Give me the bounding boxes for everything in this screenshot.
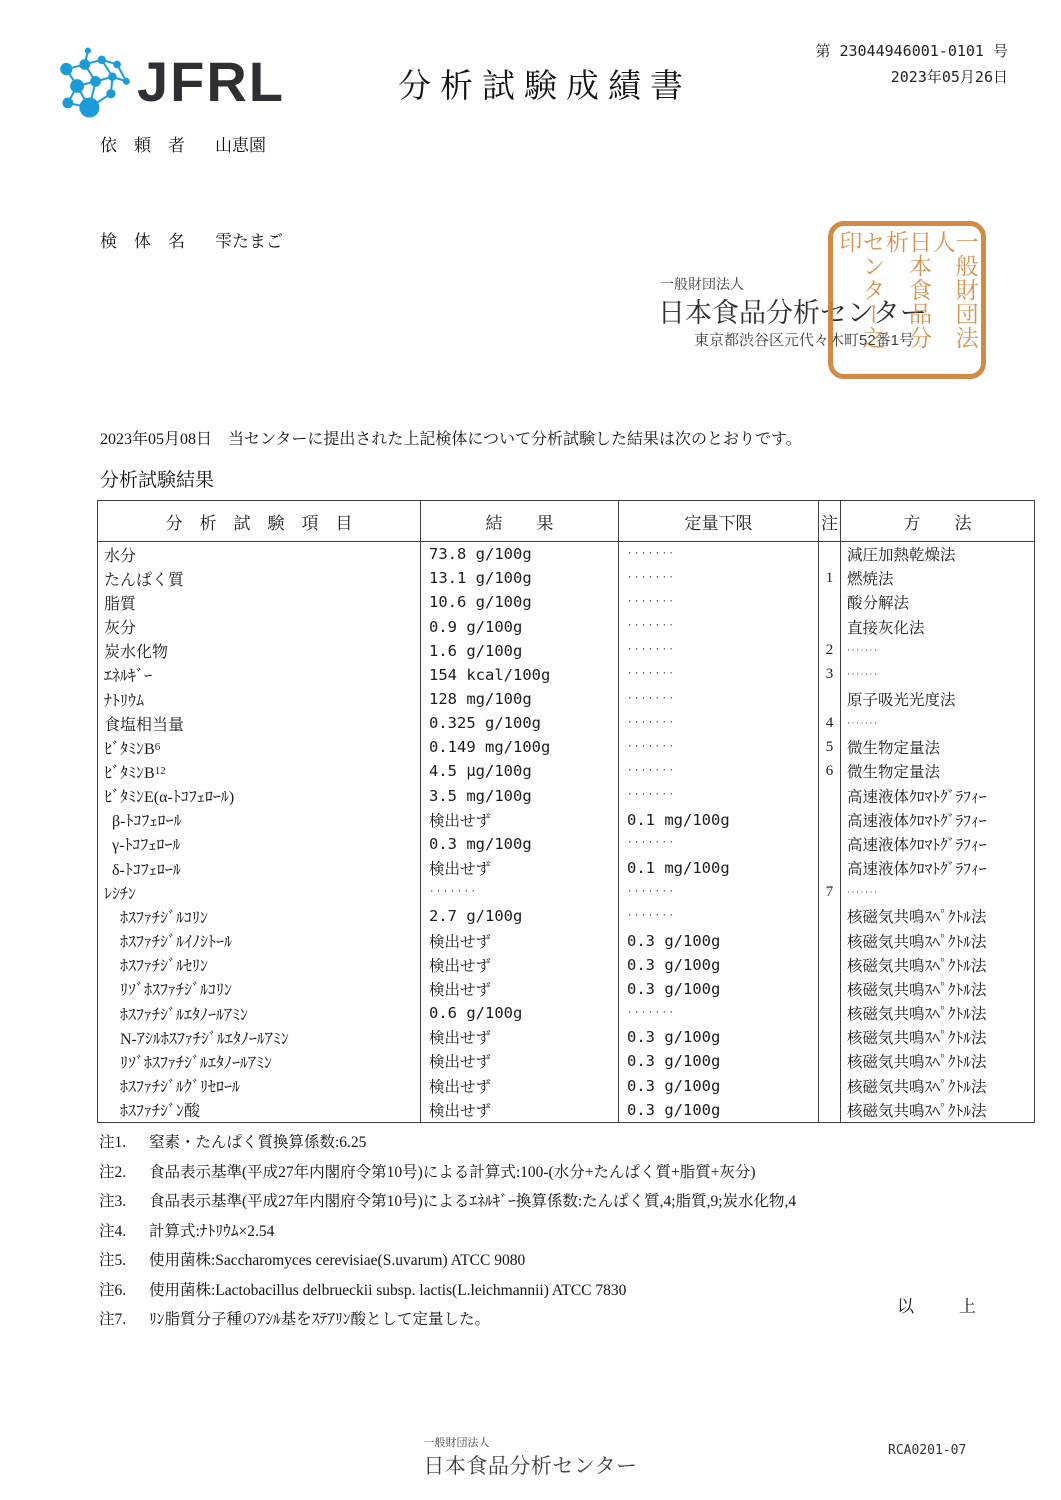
- item-note-ref: [818, 687, 840, 711]
- intro-text: 2023年05月08日 当センターに提出された上記検体について分析試験した結果は…: [100, 426, 802, 449]
- item-name: ﾎｽﾌｧﾁｼﾞﾙｲﾉｼﾄｰﾙ: [98, 929, 420, 953]
- note-text: 窒素・たんぱく質換算係数:6.25: [149, 1130, 366, 1152]
- col-header-result: 結 果: [420, 501, 618, 541]
- item-result: 3.5 mg/100g: [420, 784, 618, 808]
- document-meta: 第 23044946001-0101 号 2023年05月26日: [815, 38, 1008, 90]
- item-method: 原子吸光光度法: [840, 687, 1034, 711]
- table-row: ﾋﾞﾀﾐﾝE(α-ﾄｺﾌｪﾛｰﾙ)3.5 mg/100g·······高速液体ｸ…: [98, 784, 1034, 808]
- note-text: ﾘﾝ脂質分子種のｱｼﾙ基をｽﾃｱﾘﾝ酸として定量した。: [149, 1307, 490, 1329]
- item-method: 直接灰化法: [840, 614, 1034, 638]
- table-row: ﾅﾄﾘｳﾑ128 mg/100g·······原子吸光光度法: [98, 687, 1034, 711]
- item-note-ref: 7: [818, 880, 840, 904]
- item-note-ref: 4: [818, 711, 840, 735]
- item-limit: 0.3 g/100g: [618, 929, 818, 953]
- page-code: RCA0201-07: [888, 1443, 966, 1458]
- table-row: ﾎｽﾌｧﾁｼﾞﾙｴﾀﾉｰﾙｱﾐﾝ0.6 g/100g·······核磁気共鳴ｽﾍ…: [98, 1001, 1034, 1025]
- item-name: ﾎｽﾌｧﾁｼﾞﾙｸﾞﾘｾﾛｰﾙ: [98, 1073, 420, 1097]
- jfrl-molecule-icon: [55, 46, 133, 131]
- item-result: 検出せず: [420, 977, 618, 1001]
- item-limit: 0.3 g/100g: [618, 977, 818, 1001]
- table-row: ﾋﾞﾀﾐﾝB60.149 mg/100g·······5微生物定量法: [98, 735, 1034, 759]
- item-limit: 0.3 g/100g: [618, 953, 818, 977]
- item-method: ·······: [840, 663, 1034, 687]
- table-row: ﾎｽﾌｧﾁｼﾞﾙｾﾘﾝ検出せず0.3 g/100g核磁気共鳴ｽﾍﾟｸﾄﾙ法: [98, 953, 1034, 977]
- item-note-ref: [818, 1049, 840, 1073]
- item-method: 核磁気共鳴ｽﾍﾟｸﾄﾙ法: [840, 953, 1034, 977]
- note-line: 注2.食品表示基準(平成27年内閣府令第10号)による計算式:100-(水分+た…: [99, 1160, 796, 1190]
- item-limit: ·······: [618, 880, 818, 904]
- item-name: ﾘｿﾞﾎｽﾌｧﾁｼﾞﾙｴﾀﾉｰﾙｱﾐﾝ: [98, 1049, 420, 1073]
- item-name: 脂質: [98, 590, 420, 614]
- dots-placeholder: ·······: [627, 719, 675, 728]
- item-note-ref: [818, 904, 840, 928]
- note-line: 注1.窒素・たんぱく質換算係数:6.25: [99, 1130, 796, 1160]
- item-limit: 0.3 g/100g: [618, 1025, 818, 1049]
- item-result: 73.8 g/100g: [420, 542, 618, 566]
- item-limit: ·······: [618, 566, 818, 590]
- item-note-ref: 1: [818, 566, 840, 590]
- item-limit: 0.3 g/100g: [618, 1098, 818, 1122]
- note-text: 計算式:ﾅﾄﾘｳﾑ×2.54: [149, 1219, 274, 1241]
- note-text: 食品表示基準(平成27年内閣府令第10号)による計算式:100-(水分+たんぱく…: [149, 1160, 756, 1182]
- item-method: 高速液体ｸﾛﾏﾄｸﾞﾗﾌｨｰ: [840, 832, 1034, 856]
- item-result: 154 kcal/100g: [420, 663, 618, 687]
- table-row: 炭水化物1.6 g/100g·······2·······: [98, 639, 1034, 663]
- closing-mark: 以 上: [897, 1292, 990, 1317]
- item-result: 0.9 g/100g: [420, 614, 618, 638]
- col-header-limit: 定量下限: [618, 501, 818, 541]
- item-note-ref: 3: [818, 663, 840, 687]
- dots-placeholder: ·······: [627, 646, 675, 655]
- table-row: ﾘｿﾞﾎｽﾌｧﾁｼﾞﾙｺﾘﾝ検出せず0.3 g/100g核磁気共鳴ｽﾍﾟｸﾄﾙ法: [98, 977, 1034, 1001]
- table-row: ﾎｽﾌｧﾁｼﾞﾙｺﾘﾝ2.7 g/100g·······核磁気共鳴ｽﾍﾟｸﾄﾙ法: [98, 904, 1034, 928]
- item-note-ref: [818, 808, 840, 832]
- item-limit: 0.1 mg/100g: [618, 808, 818, 832]
- item-limit: 0.3 g/100g: [618, 1073, 818, 1097]
- item-name: ﾎｽﾌｧﾁｼﾞﾙｴﾀﾉｰﾙｱﾐﾝ: [98, 1001, 420, 1025]
- item-name: ﾎｽﾌｧﾁｼﾞﾙｾﾘﾝ: [98, 953, 420, 977]
- item-method: ·······: [840, 711, 1034, 735]
- item-note-ref: [818, 977, 840, 1001]
- item-limit: ·······: [618, 784, 818, 808]
- table-row: ﾋﾞﾀﾐﾝB124.5 μg/100g·······6微生物定量法: [98, 759, 1034, 783]
- item-name: ﾎｽﾌｧﾁｼﾞﾙｺﾘﾝ: [98, 904, 420, 928]
- item-name: δ-ﾄｺﾌｪﾛｰﾙ: [98, 856, 420, 880]
- client-line: 依 頼 者山恵園: [100, 131, 266, 156]
- item-name: β-ﾄｺﾌｪﾛｰﾙ: [98, 808, 420, 832]
- item-note-ref: [818, 1025, 840, 1049]
- table-row: ｴﾈﾙｷﾞｰ154 kcal/100g·······3·······: [98, 663, 1034, 687]
- item-result: 検出せず: [420, 856, 618, 880]
- item-limit: ·······: [618, 542, 818, 566]
- item-method: 核磁気共鳴ｽﾍﾟｸﾄﾙ法: [840, 1098, 1034, 1122]
- page-title: 分析試験成績書: [398, 60, 692, 107]
- results-table-header: 分 析 試 験 項 目 結 果 定量下限 注 方 法: [98, 501, 1034, 542]
- sample-line: 検 体 名雫たまご: [100, 227, 283, 252]
- item-method: 核磁気共鳴ｽﾍﾟｸﾄﾙ法: [840, 929, 1034, 953]
- table-row: 脂質10.6 g/100g·······酸分解法: [98, 590, 1034, 614]
- table-row: 灰分0.9 g/100g·······直接灰化法: [98, 614, 1034, 638]
- dots-placeholder: ·······: [627, 598, 675, 607]
- col-header-item: 分 析 試 験 項 目: [98, 501, 420, 541]
- table-row: N-ｱｼﾙﾎｽﾌｧﾁｼﾞﾙｴﾀﾉｰﾙｱﾐﾝ検出せず0.3 g/100g核磁気共鳴…: [98, 1025, 1034, 1049]
- dots-placeholder: ·······: [627, 622, 675, 631]
- item-result: 検出せず: [420, 953, 618, 977]
- dots-placeholder: ·······: [429, 888, 477, 897]
- item-method: 核磁気共鳴ｽﾍﾟｸﾄﾙ法: [840, 1049, 1034, 1073]
- item-name: 炭水化物: [98, 639, 420, 663]
- item-name: N-ｱｼﾙﾎｽﾌｧﾁｼﾞﾙｴﾀﾉｰﾙｱﾐﾝ: [98, 1025, 420, 1049]
- section-title: 分析試験結果: [100, 465, 214, 492]
- dots-placeholder: ·······: [847, 719, 878, 728]
- item-method: 高速液体ｸﾛﾏﾄｸﾞﾗﾌｨｰ: [840, 808, 1034, 832]
- item-limit: ·······: [618, 614, 818, 638]
- item-limit: ·······: [618, 832, 818, 856]
- item-note-ref: [818, 1073, 840, 1097]
- item-name: γ-ﾄｺﾌｪﾛｰﾙ: [98, 832, 420, 856]
- table-row: ﾚｼﾁﾝ··············7·······: [98, 880, 1034, 904]
- item-result: 検出せず: [420, 808, 618, 832]
- item-name: たんぱく質: [98, 566, 420, 590]
- item-limit: ·······: [618, 904, 818, 928]
- item-result: 検出せず: [420, 1049, 618, 1073]
- jfrl-logo-text: JFRL: [137, 54, 285, 110]
- note-text: 食品表示基準(平成27年内閣府令第10号)によるｴﾈﾙｷﾞｰ換算係数:たんぱく質…: [149, 1189, 796, 1211]
- item-limit: ·······: [618, 759, 818, 783]
- note-line: 注4.計算式:ﾅﾄﾘｳﾑ×2.54: [99, 1219, 796, 1249]
- item-name: 灰分: [98, 614, 420, 638]
- item-result: 2.7 g/100g: [420, 904, 618, 928]
- table-row: β-ﾄｺﾌｪﾛｰﾙ検出せず0.1 mg/100g高速液体ｸﾛﾏﾄｸﾞﾗﾌｨｰ: [98, 808, 1034, 832]
- table-row: ﾎｽﾌｧﾁｼﾞﾙｲﾉｼﾄｰﾙ検出せず0.3 g/100g核磁気共鳴ｽﾍﾟｸﾄﾙ法: [98, 929, 1034, 953]
- table-row: δ-ﾄｺﾌｪﾛｰﾙ検出せず0.1 mg/100g高速液体ｸﾛﾏﾄｸﾞﾗﾌｨｰ: [98, 856, 1034, 880]
- dots-placeholder: ·······: [627, 791, 675, 800]
- item-limit: ·······: [618, 687, 818, 711]
- dots-placeholder: ·······: [627, 912, 675, 921]
- seal-text: 一般財団法人 日本食品分析 センター之印: [837, 230, 977, 370]
- note-line: 注3.食品表示基準(平成27年内閣府令第10号)によるｴﾈﾙｷﾞｰ換算係数:たん…: [99, 1189, 796, 1219]
- item-method: 減圧加熱乾燥法: [840, 542, 1034, 566]
- item-result: 検出せず: [420, 1073, 618, 1097]
- dots-placeholder: ·······: [627, 695, 675, 704]
- item-method: 核磁気共鳴ｽﾍﾟｸﾄﾙ法: [840, 1073, 1034, 1097]
- note-label: 注7.: [99, 1307, 149, 1329]
- item-limit: ·······: [618, 590, 818, 614]
- note-label: 注1.: [99, 1130, 149, 1152]
- issue-date: 2023年05月26日: [815, 64, 1008, 90]
- client-name: 山恵園: [215, 136, 266, 155]
- item-method: 核磁気共鳴ｽﾍﾟｸﾄﾙ法: [840, 1001, 1034, 1025]
- item-limit: ·······: [618, 711, 818, 735]
- item-note-ref: 2: [818, 639, 840, 663]
- item-result: 4.5 μg/100g: [420, 759, 618, 783]
- item-method: 核磁気共鳴ｽﾍﾟｸﾄﾙ法: [840, 977, 1034, 1001]
- item-note-ref: [818, 1098, 840, 1122]
- document-number: 第 23044946001-0101 号: [815, 38, 1008, 64]
- item-name: 水分: [98, 542, 420, 566]
- col-header-note: 注: [818, 501, 840, 541]
- dots-placeholder: ·······: [627, 670, 675, 679]
- dots-placeholder: ·······: [847, 888, 878, 897]
- item-method: ·······: [840, 639, 1034, 663]
- item-method: 微生物定量法: [840, 735, 1034, 759]
- dots-placeholder: ·······: [627, 1009, 675, 1018]
- note-text: 使用菌株:Lactobacillus delbrueckii subsp. la…: [149, 1278, 626, 1300]
- item-method: 微生物定量法: [840, 759, 1034, 783]
- note-label: 注6.: [99, 1278, 149, 1300]
- table-row: 食塩相当量0.325 g/100g·······4·······: [98, 711, 1034, 735]
- item-note-ref: [818, 953, 840, 977]
- note-label: 注3.: [99, 1189, 149, 1211]
- dots-placeholder: ·······: [627, 888, 675, 897]
- item-limit: ·······: [618, 663, 818, 687]
- item-note-ref: 5: [818, 735, 840, 759]
- item-name: ﾋﾞﾀﾐﾝB6: [98, 735, 420, 759]
- dots-placeholder: ·······: [627, 550, 675, 559]
- note-line: 注7.ﾘﾝ脂質分子種のｱｼﾙ基をｽﾃｱﾘﾝ酸として定量した。: [99, 1307, 796, 1337]
- item-name: ﾘｿﾞﾎｽﾌｧﾁｼﾞﾙｺﾘﾝ: [98, 977, 420, 1001]
- item-method: 高速液体ｸﾛﾏﾄｸﾞﾗﾌｨｰ: [840, 784, 1034, 808]
- dots-placeholder: ·······: [627, 839, 675, 848]
- results-table-body: 水分73.8 g/100g·······減圧加熱乾燥法たんぱく質13.1 g/1…: [98, 542, 1034, 1122]
- item-note-ref: [818, 856, 840, 880]
- notes-list: 注1.窒素・たんぱく質換算係数:6.25注2.食品表示基準(平成27年内閣府令第…: [99, 1130, 796, 1337]
- item-limit: 0.1 mg/100g: [618, 856, 818, 880]
- item-result: 検出せず: [420, 1025, 618, 1049]
- sample-name: 雫たまご: [215, 232, 283, 251]
- item-note-ref: [818, 542, 840, 566]
- note-text: 使用菌株:Saccharomyces cerevisiae(S.uvarum) …: [149, 1248, 525, 1270]
- item-result: 検出せず: [420, 1098, 618, 1122]
- item-result: 0.149 mg/100g: [420, 735, 618, 759]
- col-header-method: 方 法: [840, 501, 1034, 541]
- table-row: γ-ﾄｺﾌｪﾛｰﾙ0.3 mg/100g·······高速液体ｸﾛﾏﾄｸﾞﾗﾌｨ…: [98, 832, 1034, 856]
- item-note-ref: [818, 832, 840, 856]
- item-limit: ·······: [618, 1001, 818, 1025]
- note-label: 注4.: [99, 1219, 149, 1241]
- dots-placeholder: ·······: [627, 743, 675, 752]
- table-row: 水分73.8 g/100g·······減圧加熱乾燥法: [98, 542, 1034, 566]
- item-method: 燃焼法: [840, 566, 1034, 590]
- item-name: ｴﾈﾙｷﾞｰ: [98, 663, 420, 687]
- note-label: 注5.: [99, 1248, 149, 1270]
- official-seal: 一般財団法人 日本食品分析 センター之印: [828, 221, 986, 379]
- item-result: 1.6 g/100g: [420, 639, 618, 663]
- item-name: ﾋﾞﾀﾐﾝE(α-ﾄｺﾌｪﾛｰﾙ): [98, 784, 420, 808]
- item-result: 0.6 g/100g: [420, 1001, 618, 1025]
- dots-placeholder: ·······: [627, 574, 675, 583]
- item-result: 10.6 g/100g: [420, 590, 618, 614]
- note-line: 注6.使用菌株:Lactobacillus delbrueckii subsp.…: [99, 1278, 796, 1308]
- item-name: ﾅﾄﾘｳﾑ: [98, 687, 420, 711]
- footer-org-name: 日本食品分析センター: [423, 1455, 637, 1478]
- item-name: ﾎｽﾌｧﾁｼﾞﾝ酸: [98, 1098, 420, 1122]
- dots-placeholder: ·······: [847, 646, 878, 655]
- item-method: 高速液体ｸﾛﾏﾄｸﾞﾗﾌｨｰ: [840, 856, 1034, 880]
- item-method: 酸分解法: [840, 590, 1034, 614]
- item-limit: ·······: [618, 639, 818, 663]
- jfrl-logo: JFRL: [55, 46, 285, 131]
- item-limit: 0.3 g/100g: [618, 1049, 818, 1073]
- item-result: 検出せず: [420, 929, 618, 953]
- dots-placeholder: ·······: [847, 670, 878, 679]
- item-note-ref: [818, 784, 840, 808]
- note-line: 注5.使用菌株:Saccharomyces cerevisiae(S.uvaru…: [99, 1248, 796, 1278]
- item-result: 0.3 mg/100g: [420, 832, 618, 856]
- item-limit: ·······: [618, 735, 818, 759]
- item-method: 核磁気共鳴ｽﾍﾟｸﾄﾙ法: [840, 1025, 1034, 1049]
- item-method: ·······: [840, 880, 1034, 904]
- note-label: 注2.: [99, 1160, 149, 1182]
- table-row: ﾘｿﾞﾎｽﾌｧﾁｼﾞﾙｴﾀﾉｰﾙｱﾐﾝ検出せず0.3 g/100g核磁気共鳴ｽﾍ…: [98, 1049, 1034, 1073]
- item-name: ﾚｼﾁﾝ: [98, 880, 420, 904]
- client-label: 依 頼 者: [100, 136, 185, 155]
- item-note-ref: [818, 590, 840, 614]
- item-note-ref: [818, 614, 840, 638]
- item-method: 核磁気共鳴ｽﾍﾟｸﾄﾙ法: [840, 904, 1034, 928]
- table-row: ﾎｽﾌｧﾁｼﾞﾝ酸検出せず0.3 g/100g核磁気共鳴ｽﾍﾟｸﾄﾙ法: [98, 1098, 1034, 1122]
- item-note-ref: [818, 1001, 840, 1025]
- dots-placeholder: ·······: [627, 767, 675, 776]
- table-row: ﾎｽﾌｧﾁｼﾞﾙｸﾞﾘｾﾛｰﾙ検出せず0.3 g/100g核磁気共鳴ｽﾍﾟｸﾄﾙ…: [98, 1073, 1034, 1097]
- item-name: 食塩相当量: [98, 711, 420, 735]
- results-table: 分 析 試 験 項 目 結 果 定量下限 注 方 法 水分73.8 g/100g…: [97, 500, 1035, 1123]
- item-name: ﾋﾞﾀﾐﾝB12: [98, 759, 420, 783]
- footer-org-type: 一般財団法人: [0, 1434, 913, 1450]
- table-row: たんぱく質13.1 g/100g·······1燃焼法: [98, 566, 1034, 590]
- item-note-ref: 6: [818, 759, 840, 783]
- item-result: 0.325 g/100g: [420, 711, 618, 735]
- item-result: 13.1 g/100g: [420, 566, 618, 590]
- sample-label: 検 体 名: [100, 232, 185, 251]
- item-result: 128 mg/100g: [420, 687, 618, 711]
- item-result: ·······: [420, 880, 618, 904]
- item-note-ref: [818, 929, 840, 953]
